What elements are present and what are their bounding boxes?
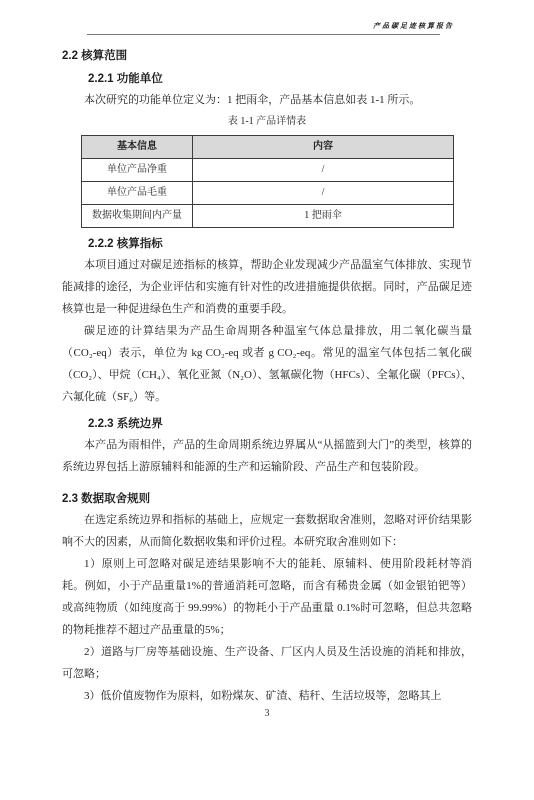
paragraph-system-boundary: 本产品为雨相伴，产品的生命周期系统边界属从“从摇篮到大门”的类型，核算的系统边界… (62, 434, 472, 478)
section-heading-2-2-3: 2.2.3 系统边界 (88, 417, 472, 431)
cutoff-rule-item-1: 1）原则上可忽略对碳足迹结果影响不大的能耗、原辅料、使用阶段耗材等消耗。例如，小… (62, 553, 472, 641)
table-cell-value: / (193, 159, 454, 182)
table-cell-label: 单位产品净重 (82, 159, 193, 182)
cutoff-rule-item-2: 2）道路与厂房等基础设施、生产设备、厂区内人员及生活设施的消耗和排放，可忽略； (62, 641, 472, 685)
section-heading-2-2-1: 2.2.1 功能单位 (88, 72, 472, 86)
running-header-title: 产品碳足迹核算报告 (373, 23, 454, 30)
paragraph-functional-unit: 本次研究的功能单位定义为：1 把雨伞，产品基本信息如表 1-1 所示。 (62, 89, 472, 111)
table-header-content: 内容 (193, 136, 454, 159)
table-cell-value: / (193, 182, 454, 205)
table-header-row: 基本信息 内容 (82, 136, 454, 159)
product-details-table: 基本信息 内容 单位产品净重 / 单位产品毛重 / 数据收集期间内产量 1 把雨… (81, 135, 454, 228)
table-cell-label: 数据收集期间内产量 (82, 205, 193, 228)
paragraph-indicator-1: 本项目通过对碳足迹指标的核算，帮助企业发现减少产品温室气体排放、实现节能减排的途… (62, 254, 472, 320)
paragraph-indicator-2: 碳足迹的计算结果为产品生命周期各种温室气体总量排放，用二氧化碳当量（CO₂-eq… (62, 320, 472, 408)
table-caption: 表 1-1 产品详情表 (62, 113, 472, 131)
page-footer: 3 (0, 708, 534, 719)
table-row: 单位产品净重 / (82, 159, 454, 182)
table-cell-label: 单位产品毛重 (82, 182, 193, 205)
table-row: 单位产品毛重 / (82, 182, 454, 205)
header-rule (87, 34, 440, 35)
table-cell-value: 1 把雨伞 (193, 205, 454, 228)
paragraph-cutoff-intro: 在选定系统边界和指标的基础上，应规定一套数据取舍准则，忽略对评价结果影响不大的因… (62, 509, 472, 553)
page-number: 3 (265, 708, 270, 719)
table-header-basic-info: 基本信息 (82, 136, 193, 159)
document-content: 2.2 核算范围 2.2.1 功能单位 本次研究的功能单位定义为：1 把雨伞，产… (62, 49, 472, 707)
document-page: 产品碳足迹核算报告 2.2 核算范围 2.2.1 功能单位 本次研究的功能单位定… (0, 0, 534, 800)
page-header: 产品碳足迹核算报告 (87, 22, 454, 31)
cutoff-rule-item-3: 3）低价值废物作为原料，如粉煤灰、矿渣、秸秆、生活垃圾等，忽略其上 (62, 685, 472, 707)
section-heading-2-3: 2.3 数据取舍规则 (62, 492, 472, 506)
table-row: 数据收集期间内产量 1 把雨伞 (82, 205, 454, 228)
section-heading-2-2: 2.2 核算范围 (62, 49, 472, 63)
section-heading-2-2-2: 2.2.2 核算指标 (88, 237, 472, 251)
